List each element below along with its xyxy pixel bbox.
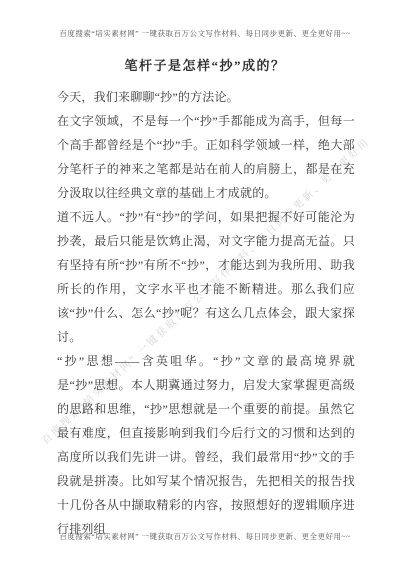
- document-body: 今天，我们来聊聊“抄”的方法论。 在文字领域，不是每一个“抄”手都能成为高手，但…: [57, 85, 355, 541]
- paragraph-intro: 今天，我们来聊聊“抄”的方法论。: [57, 85, 355, 109]
- paragraph-copy-method: 道不远人。“抄”有“抄”的学问，如果把握不好可能沦为抄袭，最后只能是饮鸩止渴，对…: [57, 205, 355, 349]
- footer-promo-text: 百度搜索“培实素材网” 一键获取百万公文写作材料、每日同步更新、更全更好用~~: [0, 531, 410, 542]
- document-page: 百度搜索“培实素材网” 一键获取百万公文写作材料、每日同步更新、更全更好用~~ …: [0, 0, 410, 580]
- paragraph-copy-masters: 在文字领域，不是每一个“抄”手都能成为高手，但每一个高手都曾经是个“抄”手。正如…: [57, 109, 355, 205]
- page-title: 笔杆子是怎样“抄”成的？: [0, 55, 410, 74]
- header-promo-text: 百度搜索“培实素材网” 一键获取百万公文写作材料、每日同步更新、更全更好用~~: [0, 28, 410, 39]
- paragraph-copy-ideas: “抄”思想——含英咀华。“抄”文章的最高境界就是“抄”思想。本人期冀通过努力，启…: [57, 349, 355, 541]
